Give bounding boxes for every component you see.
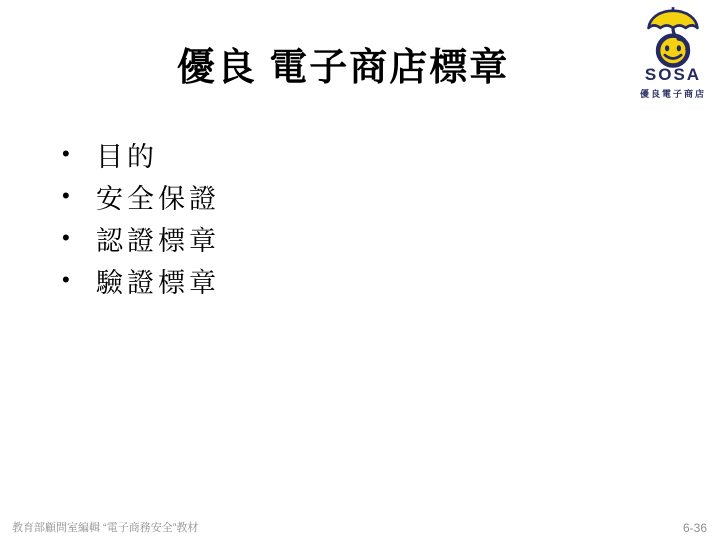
list-item: • 驗證標章 (62, 259, 220, 301)
list-item: • 安全保證 (62, 175, 220, 217)
bullet-text: 安全保證 (96, 177, 220, 216)
bullet-text: 目的 (96, 135, 158, 174)
sosa-logo-wordmark: SOSA (645, 66, 701, 83)
bullet-icon: • (62, 185, 96, 207)
footer-credit: 教育部顧問室編輯 “電子商務安全”教材 (12, 519, 198, 535)
sosa-smiley-umbrella-icon (635, 6, 711, 68)
bullet-text: 驗證標章 (96, 261, 220, 300)
sosa-logo-caption: 優良電子商店 (640, 87, 706, 100)
sosa-logo: SOSA 優良電子商店 (628, 6, 718, 100)
page-title: 優良 電子商店標章 (0, 36, 686, 91)
list-item: • 認證標章 (62, 217, 220, 259)
bullet-icon: • (62, 143, 96, 165)
bullet-list: • 目的 • 安全保證 • 認證標章 • 驗證標章 (62, 133, 220, 301)
slide: 優良 電子商店標章 SOSA 優良電子商店 • 目的 • (0, 0, 720, 540)
bullet-text: 認證標章 (96, 219, 220, 258)
list-item: • 目的 (62, 133, 220, 175)
page-number: 6-36 (683, 521, 707, 535)
bullet-icon: • (62, 269, 96, 291)
bullet-icon: • (62, 227, 96, 249)
